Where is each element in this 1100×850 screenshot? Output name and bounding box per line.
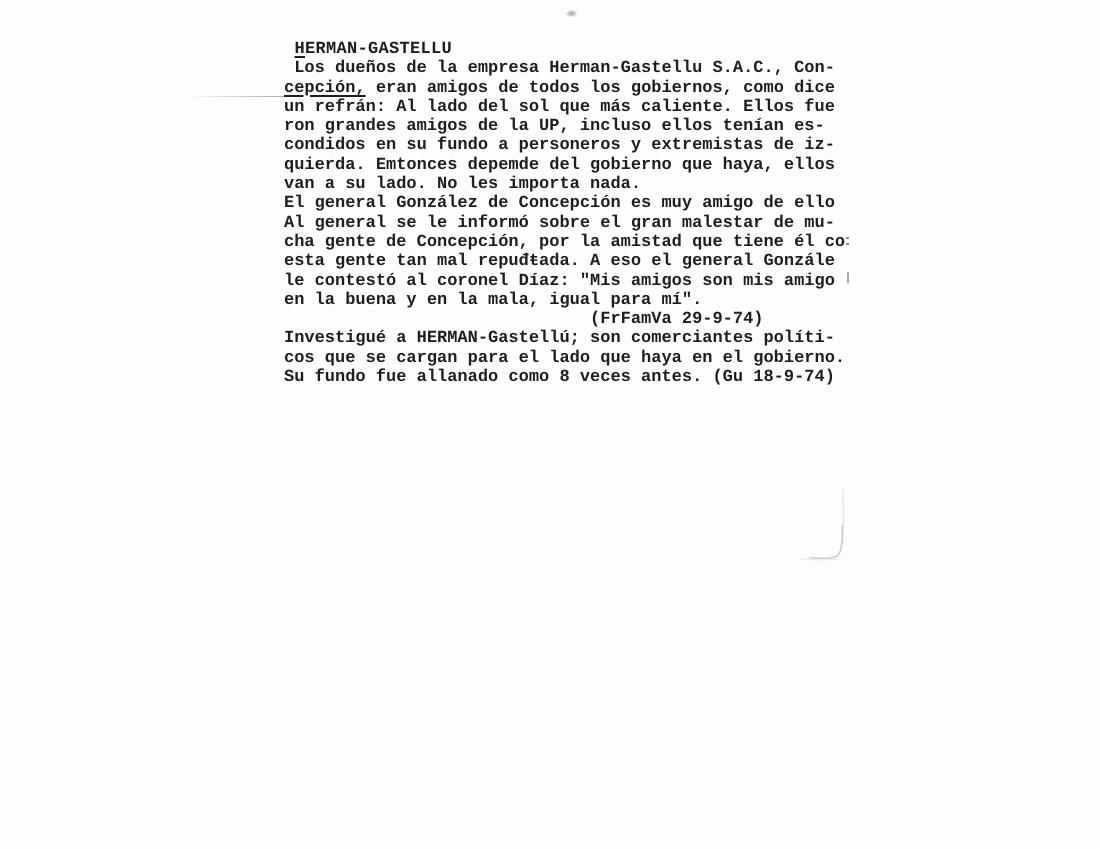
text-line: cha gente de Concepción, por la amistad … xyxy=(284,233,845,252)
text-segment: un refrán: Al lado del sol que más calie… xyxy=(284,98,835,117)
text-segment: le contestó al coronel Díaz: "Mis amigos… xyxy=(284,272,835,291)
text-line: un refrán: Al lado del sol que más calie… xyxy=(284,98,845,117)
text-line: van a su lado. No les importa nada. xyxy=(284,175,845,194)
text-segment: en la buena y en la mala, igual para mí"… xyxy=(284,291,702,310)
text-segment: Al general se le informó sobre el gran m… xyxy=(284,214,835,233)
text-segment: El general González de Concepción es muy… xyxy=(284,194,835,213)
scan-artifact-cut-character xyxy=(847,272,849,283)
text-line: cos que se cargan para el lado que haya … xyxy=(284,349,845,368)
text-segment: (FrFamVa 29-9-74) xyxy=(284,310,763,329)
text-segment: Su fundo fue allanado como 8 veces antes… xyxy=(284,368,835,387)
text-line: (FrFamVa 29-9-74) xyxy=(284,310,845,329)
text-line: El general González de Concepción es muy… xyxy=(284,194,845,213)
text-line: Investigué a HERMAN-Gastellú; son comerc… xyxy=(284,329,845,348)
text-segment: van a su lado. No les importa nada. xyxy=(284,175,641,194)
text-segment: ERMAN-GASTELLU xyxy=(305,40,452,59)
text-segment: cos que se cargan para el lado que haya … xyxy=(284,349,845,368)
text-line: ron grandes amigos de la UP, incluso ell… xyxy=(284,117,845,136)
text-segment xyxy=(284,40,295,59)
document-title: HERMAN-GASTELLU xyxy=(284,40,845,59)
text-segment: cha gente de Concepción, por la amistad … xyxy=(284,233,845,252)
text-segment: esta gente tan mal repuđŧada. A eso el g… xyxy=(284,252,835,271)
text-segment: eran amigos de todos los gobiernos, como… xyxy=(366,79,835,98)
scan-artifact-top-smudge xyxy=(566,10,577,17)
text-segment: quierda. Emtonces depemde del gobierno q… xyxy=(284,156,835,175)
text-line: en la buena y en la mala, igual para mí"… xyxy=(284,291,845,310)
text-line: cepción, eran amigos de todos los gobier… xyxy=(284,79,845,98)
text-segment: condidos en su fundo a personeros y extr… xyxy=(284,136,835,155)
scan-artifact-right-curve-mark xyxy=(795,485,865,570)
text-segment: Investigué a HERMAN-Gastellú; son comerc… xyxy=(284,329,835,348)
scanned-document-page: HERMAN-GASTELLU Los dueños de la empresa… xyxy=(0,0,1100,850)
text-line: Los dueños de la empresa Herman-Gastellu… xyxy=(284,59,845,78)
scan-artifact-faint-underline xyxy=(188,96,284,97)
text-segment: Los dueños de la empresa Herman-Gastellu… xyxy=(284,59,835,78)
text-line: Al general se le informó sobre el gran m… xyxy=(284,214,845,233)
underlined-text-segment: cepción, xyxy=(284,79,366,98)
text-line: quierda. Emtonces depemde del gobierno q… xyxy=(284,156,845,175)
text-line: Su fundo fue allanado como 8 veces antes… xyxy=(284,368,845,387)
underlined-text-segment: H xyxy=(295,40,306,59)
scan-artifact-cut-character xyxy=(846,237,849,247)
text-line: le contestó al coronel Díaz: "Mis amigos… xyxy=(284,272,845,291)
text-segment: ron grandes amigos de la UP, incluso ell… xyxy=(284,117,825,136)
text-line: condidos en su fundo a personeros y extr… xyxy=(284,136,845,155)
typewritten-text-block: HERMAN-GASTELLU Los dueños de la empresa… xyxy=(284,40,845,387)
text-line: esta gente tan mal repuđŧada. A eso el g… xyxy=(284,252,845,271)
